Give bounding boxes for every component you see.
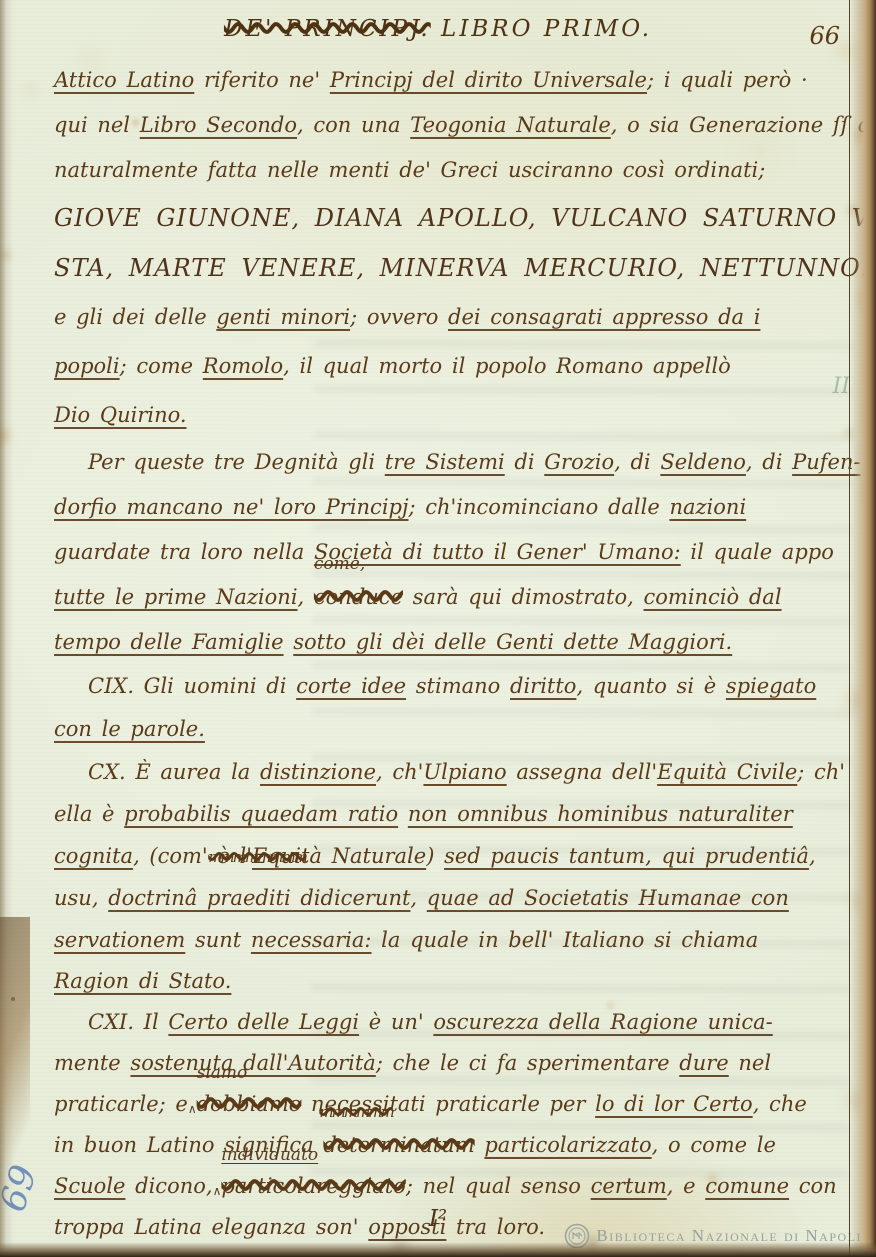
manuscript-text-segment: nazioni <box>669 495 746 519</box>
manuscript-text-segment: , il qual morto il popolo Romano appellò <box>283 354 731 378</box>
manuscript-text-segment: Grozio <box>544 450 614 474</box>
manuscript-text-segment: ; ch' <box>797 760 845 784</box>
manuscript-text-segment: Principj del dirito Universale <box>330 68 647 92</box>
manuscript-text-segment: particolareggiato <box>221 1174 405 1198</box>
manuscript-line: qui nel Libro Secondo, con una Teogonia … <box>54 103 854 148</box>
manuscript-line: tutte le prime Nazioni, come,conduce sar… <box>54 575 854 620</box>
manuscript-text-segment: Società di tutto il Gener' Umano: <box>314 540 681 564</box>
manuscript-text-segment: doctrinâ praediti didicerunt <box>108 886 410 910</box>
manuscript-body: Attico Latino riferito ne' Principj del … <box>54 58 854 1248</box>
manuscript-text-segment: ; i quali però · <box>647 68 808 92</box>
manuscript-line: con le parole. <box>54 708 854 751</box>
manuscript-text-segment: dicono, <box>125 1174 212 1198</box>
manuscript-line: Dio Quirino. <box>54 391 854 440</box>
manuscript-text-segment: Ulpiano <box>423 760 506 784</box>
manuscript-text-segment: riferito ne' <box>194 68 330 92</box>
manuscript-text-segment: tutte le prime Nazioni <box>54 585 298 609</box>
manuscript-text-segment: tra loro. <box>446 1215 545 1239</box>
manuscript-line: GIOVE GIUNONE, DIANA APOLLO, VULCANO SAT… <box>54 193 854 243</box>
manuscript-line: CX. È aurea la distinzione, ch'Ulpiano a… <box>54 751 854 793</box>
manuscript-line: Ragion di Stato. <box>54 961 854 1002</box>
manuscript-line: naturalmente fatta nelle menti de' Greci… <box>54 148 854 193</box>
manuscript-text-segment: usu, <box>54 886 108 910</box>
manuscript-text-segment: , e <box>667 1174 705 1198</box>
manuscript-text-segment: dure <box>679 1051 728 1075</box>
manuscript-text-segment: Dio Quirino. <box>54 403 187 427</box>
manuscript-text-segment: Romolo <box>203 354 283 378</box>
manuscript-text-segment: CX. È aurea la <box>88 760 260 784</box>
manuscript-text-segment: spiegato <box>726 674 816 698</box>
manuscript-text-segment: con <box>789 1174 837 1198</box>
manuscript-text-segment: Ragion di Stato. <box>54 969 231 993</box>
manuscript-text-segment: ; ch'incominciano dalle <box>409 495 670 519</box>
manuscript-text-segment: sed paucis tantum, qui prudentiâ <box>444 844 809 868</box>
manuscript-text-segment: quae ad Societatis Humanae con <box>427 886 789 910</box>
manuscript-text-segment: sarà qui dimostrato, <box>403 585 644 609</box>
manuscript-text-segment: popoli <box>54 354 120 378</box>
manuscript-text-segment: Per queste tre Degnità gli <box>88 450 385 474</box>
manuscript-line: dorfio mancano ne' loro Principj; ch'inc… <box>54 485 854 530</box>
library-watermark: Biblioteca Nazionale di Napoli <box>564 1223 862 1249</box>
manuscript-text-segment: nel <box>729 1051 771 1075</box>
manuscript-text-segment: necessaria: <box>251 928 372 952</box>
manuscript-text-segment: di <box>505 450 545 474</box>
manuscript-text-segment: mmmmmmmm <box>208 850 306 865</box>
manuscript-text-segment: particolarizzato <box>484 1133 651 1157</box>
manuscript-text-segment: CXI. Il <box>88 1010 168 1034</box>
manuscript-text-segment: ) <box>426 844 444 868</box>
library-emblem-icon <box>564 1223 590 1249</box>
manuscript-text-segment: ; ovvero <box>350 305 448 329</box>
manuscript-text-segment: distinzione <box>260 760 376 784</box>
manuscript-text-segment <box>284 630 294 654</box>
manuscript-text-segment: , <box>298 585 314 609</box>
manuscript-text-segment: assegna dell' <box>507 760 657 784</box>
manuscript-text-segment: , o sia Generazione ſſ degli dei <box>611 113 876 137</box>
manuscript-line: praticarle; e∧siamodobbiamo necessitati … <box>54 1084 854 1125</box>
manuscript-text-segment: e gli dei delle <box>54 305 216 329</box>
manuscript-text-segment: GIOVE GIUNONE, DIANA APOLLO, VULCANO SAT… <box>54 204 876 232</box>
manuscript-text-segment: sunt <box>185 928 251 952</box>
manuscript-text-segment: certum <box>591 1174 667 1198</box>
manuscript-line: mente sostenuta dall'Autorità; che le ci… <box>54 1043 854 1084</box>
manuscript-text-segment: non omnibus hominibus naturaliter <box>408 802 793 826</box>
manuscript-text-segment: la quale in bell' Italiano si chiama <box>372 928 759 952</box>
heading-main-text: LIBRO PRIMO. <box>431 16 652 42</box>
manuscript-line: in buon Latino significa mmmmmmdetermina… <box>54 1125 854 1166</box>
manuscript-text-segment: Scuole <box>54 1174 125 1198</box>
manuscript-line: CIX. Gli uomini di corte idee stimano di… <box>54 665 854 708</box>
manuscript-text-segment: ; che le ci fa sperimentare <box>376 1051 679 1075</box>
manuscript-text-segment: probabilis quaedam ratio <box>124 802 398 826</box>
manuscript-text-segment: mmmmmm <box>319 1105 392 1120</box>
blue-folio-number: 69 <box>0 1160 45 1216</box>
manuscript-line: Scuole dicono,∧individuatoparticolareggi… <box>54 1166 854 1207</box>
manuscript-line: guardate tra loro nella Società di tutto… <box>54 530 854 575</box>
foxing-spots <box>0 0 1 1</box>
manuscript-text-segment: , o come le <box>652 1133 776 1157</box>
page-number: 66 <box>809 22 840 50</box>
manuscript-text-segment: naturalmente fatta nelle menti de' Greci… <box>54 158 765 182</box>
manuscript-text-segment: tre Sistemi <box>385 450 505 474</box>
manuscript-text-segment: qui nel <box>54 113 140 137</box>
manuscript-text-segment: , ch' <box>376 760 423 784</box>
manuscript-text-segment: dobbiamo <box>197 1092 302 1116</box>
manuscript-text-segment: , <box>410 886 426 910</box>
manuscript-text-segment: ella è <box>54 802 124 826</box>
manuscript-text-segment: , quanto si è <box>576 674 725 698</box>
manuscript-text-segment: Attico Latino <box>54 68 194 92</box>
manuscript-line: usu, doctrinâ praediti didicerunt, quae … <box>54 877 854 919</box>
manuscript-text-segment <box>475 1133 485 1157</box>
manuscript-text-segment: Certo delle Leggi <box>168 1010 359 1034</box>
manuscript-page-scan: II DE' PRINCIPJ. LIBRO PRIMO. 66 Attico … <box>0 0 876 1257</box>
manuscript-text-segment: sotto gli dèi delle Genti dette Maggiori… <box>293 630 732 654</box>
manuscript-text-segment: diritto <box>510 674 576 698</box>
manuscript-line: STA, MARTE VENERE, MINERVA MERCURIO, NET… <box>54 243 854 293</box>
manuscript-line: Attico Latino riferito ne' Principj del … <box>54 58 854 103</box>
manuscript-text-segment: genti minori <box>216 305 350 329</box>
manuscript-text-segment: cominciò dal <box>644 585 782 609</box>
manuscript-text-segment: dorfio mancano ne' loro Principj <box>54 495 409 519</box>
manuscript-text-segment: servationem <box>54 928 185 952</box>
manuscript-text-segment: ; nel qual senso <box>406 1174 591 1198</box>
manuscript-text-segment: oscurezza della Ragione unica- <box>433 1010 772 1034</box>
catchword: I² <box>429 1206 447 1232</box>
manuscript-text-segment <box>398 802 408 826</box>
left-page-edge <box>0 0 14 1257</box>
manuscript-text-segment: ∧ <box>188 1102 197 1116</box>
manuscript-text-segment: come, <box>314 556 365 573</box>
manuscript-line: CXI. Il Certo delle Leggi è un' oscurezz… <box>54 1002 854 1043</box>
manuscript-text-segment: , con una <box>297 113 410 137</box>
manuscript-text-segment: comune <box>705 1174 789 1198</box>
watermark-label: Biblioteca Nazionale di Napoli <box>596 1226 862 1246</box>
manuscript-text-segment: Libro Secondo <box>140 113 297 137</box>
heading-struck-text: DE' PRINCIPJ. <box>224 16 431 42</box>
manuscript-text-segment: mente <box>54 1051 130 1075</box>
manuscript-text-segment: conduce <box>314 585 403 609</box>
manuscript-text-segment: praticarle; e <box>54 1092 188 1116</box>
manuscript-text-segment: è un' <box>359 1010 433 1034</box>
manuscript-text-segment: guardate tra loro nella <box>54 540 314 564</box>
manuscript-text-segment: siamo <box>197 1065 248 1082</box>
manuscript-line: servationem sunt necessaria: la quale in… <box>54 919 854 961</box>
manuscript-text-segment: Teogonia Naturale <box>410 113 611 137</box>
manuscript-text-segment: CIX. Gli uomini di <box>88 674 296 698</box>
manuscript-line: Per queste tre Degnità gli tre Sistemi d… <box>54 440 854 485</box>
manuscript-text-segment: stimano <box>406 674 510 698</box>
manuscript-line: cognita, (com' è l'Equità Naturalemmmmmm… <box>54 835 854 877</box>
manuscript-text-segment: sostenuta dall'Autorità <box>130 1051 375 1075</box>
manuscript-line: e gli dei delle genti minori; ovvero dei… <box>54 293 854 342</box>
manuscript-line: ella è probabilis quaedam ratio non omni… <box>54 793 854 835</box>
manuscript-text-segment: Seldeno <box>660 450 746 474</box>
chapter-heading: DE' PRINCIPJ. LIBRO PRIMO. <box>0 16 876 42</box>
manuscript-text-segment: , di <box>746 450 792 474</box>
manuscript-text-segment: STA, MARTE VENERE, MINERVA MERCURIO, NET… <box>54 254 870 282</box>
manuscript-text-segment: dei consagrati appresso da i <box>448 305 760 329</box>
manuscript-line: popoli; come Romolo, il qual morto il po… <box>54 342 854 391</box>
manuscript-text-segment: il quale appo <box>681 540 834 564</box>
manuscript-text-segment: , <box>809 844 816 868</box>
manuscript-line: tempo delle Famiglie sotto gli dèi delle… <box>54 620 854 665</box>
manuscript-text-segment: individuato <box>221 1147 318 1164</box>
manuscript-text-segment: Pufen- <box>792 450 860 474</box>
manuscript-text-segment: tempo delle Famiglie <box>54 630 284 654</box>
manuscript-text-segment: ; come <box>120 354 203 378</box>
manuscript-text-segment: cognita <box>54 844 133 868</box>
ink-dot <box>11 997 15 1001</box>
manuscript-text-segment: con le parole. <box>54 717 205 741</box>
manuscript-text-segment: Equità Civile <box>657 760 797 784</box>
manuscript-text-segment: determinatum <box>323 1133 474 1157</box>
manuscript-text-segment: , di <box>614 450 660 474</box>
manuscript-text-segment: lo di lor Certo <box>595 1092 753 1116</box>
manuscript-text-segment: troppa Latina eleganza son' <box>54 1215 368 1239</box>
manuscript-text-segment: corte idee <box>296 674 406 698</box>
manuscript-text-segment: , che <box>753 1092 807 1116</box>
